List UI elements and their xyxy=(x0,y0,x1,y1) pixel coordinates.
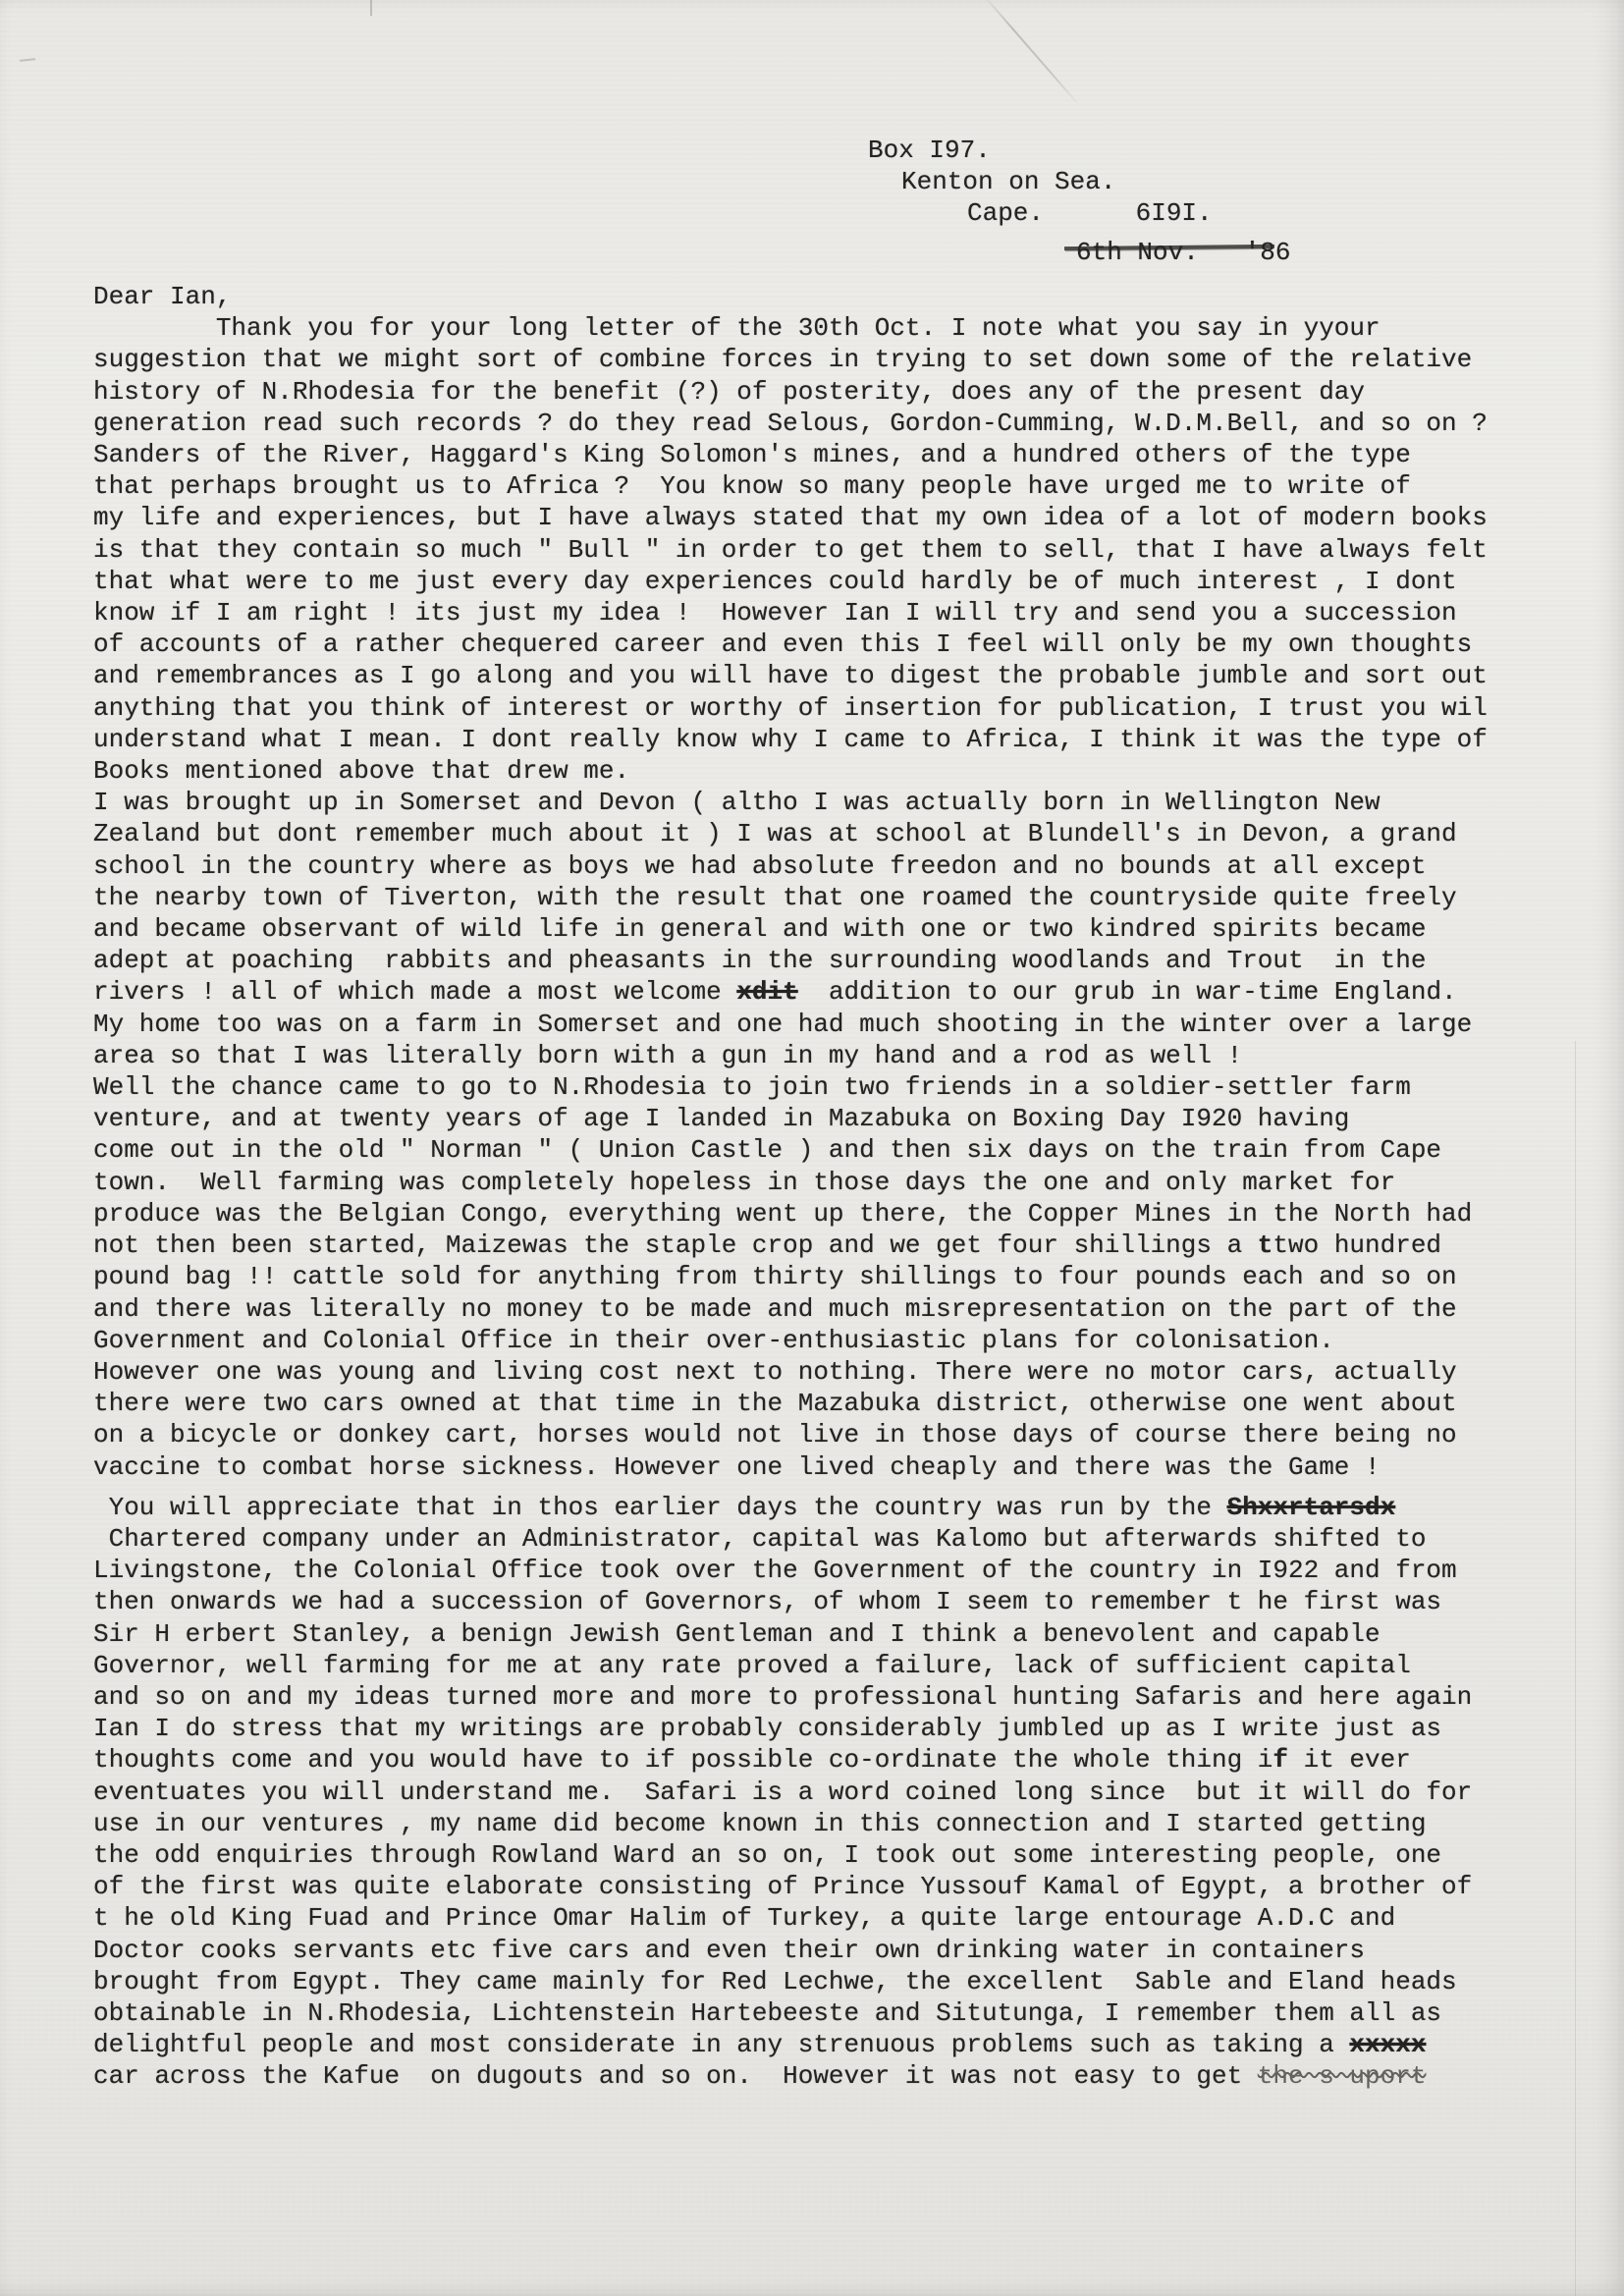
letter-line: car across the Kafue on dugouts and so o… xyxy=(93,2060,1488,2092)
letter-line: Sir H erbert Stanley, a benign Jewish Ge… xyxy=(93,1618,1488,1650)
letter-line: town. Well farming was completely hopele… xyxy=(93,1167,1488,1198)
letter-line: there were two cars owned at that time i… xyxy=(93,1388,1488,1419)
letter-line: is that they contain so much " Bull " in… xyxy=(93,534,1488,566)
letter-line: and so on and my ideas turned more and m… xyxy=(93,1681,1488,1713)
letter-line: on a bicycle or donkey cart, horses woul… xyxy=(93,1419,1488,1450)
letter-line: of accounts of a rather chequered career… xyxy=(93,629,1488,660)
letter-line: school in the country where as boys we h… xyxy=(93,850,1488,882)
letter-line: obtainable in N.Rhodesia, Lichtenstein H… xyxy=(93,1997,1488,2029)
letter-line: eventuates you will understand me. Safar… xyxy=(93,1777,1488,1808)
letter-line: brought from Egypt. They came mainly for… xyxy=(93,1966,1488,1997)
letter-line: my life and experiences, but I have alwa… xyxy=(93,502,1488,533)
letter-line: I was brought up in Somerset and Devon (… xyxy=(93,787,1488,818)
letter-line: Government and Colonial Office in their … xyxy=(93,1325,1488,1356)
letter-line: My home too was on a farm in Somerset an… xyxy=(93,1009,1488,1040)
letter-line: and became observant of wild life in gen… xyxy=(93,913,1488,945)
sender-town: Kenton on Sea. xyxy=(901,167,1115,196)
scanned-letter-page: Box I97. Kenton on Sea. Cape. 6I9I. 6th … xyxy=(0,0,1624,2296)
letter-line: suggestion that we might sort of combine… xyxy=(93,344,1488,375)
letter-line: understand what I mean. I dont really kn… xyxy=(93,724,1488,755)
paragraph: Dear Ian, Thank you for your long letter… xyxy=(93,281,1488,1483)
letter-line: the odd enquiries through Rowland Ward a… xyxy=(93,1839,1488,1871)
letter-line: venture, and at twenty years of age I la… xyxy=(93,1103,1488,1134)
letter-line: However one was young and living cost ne… xyxy=(93,1356,1488,1388)
letter-line: Ian I do stress that my writings are pro… xyxy=(93,1713,1488,1744)
paragraph: You will appreciate that in thos earlier… xyxy=(93,1492,1488,2093)
sender-province-postcode: Cape. 6I9I. xyxy=(967,198,1213,228)
letter-line: Well the chance came to go to N.Rhodesia… xyxy=(93,1071,1488,1103)
letter-line: that what were to me just every day expe… xyxy=(93,566,1488,597)
sender-box-number: Box I97. xyxy=(868,136,991,165)
letter-line: produce was the Belgian Congo, everythin… xyxy=(93,1198,1488,1230)
letter-line: anything that you think of interest or w… xyxy=(93,692,1488,724)
letter-line: Zealand but dont remember much about it … xyxy=(93,818,1488,849)
letter-line: use in our ventures , my name did become… xyxy=(93,1808,1488,1839)
letter-line: and remembrances as I go along and you w… xyxy=(93,660,1488,691)
letter-line: rivers ! all of which made a most welcom… xyxy=(93,976,1488,1008)
letter-line: generation read such records ? do they r… xyxy=(93,408,1488,439)
letter-line: not then been started, Maizewas the stap… xyxy=(93,1230,1488,1261)
letter-line: that perhaps brought us to Africa ? You … xyxy=(93,470,1488,502)
letter-line: adept at poaching rabbits and pheasants … xyxy=(93,945,1488,976)
letter-line: vaccine to combat horse sickness. Howeve… xyxy=(93,1451,1488,1483)
letter-line: Doctor cooks servants etc five cars and … xyxy=(93,1935,1488,1966)
letter-line: Dear Ian, xyxy=(93,281,1488,312)
letter-line: Livingstone, the Colonial Office took ov… xyxy=(93,1555,1488,1586)
letter-line: You will appreciate that in thos earlier… xyxy=(93,1492,1488,1523)
letter-line: area so that I was literally born with a… xyxy=(93,1040,1488,1071)
letter-line: come out in the old " Norman " ( Union C… xyxy=(93,1134,1488,1166)
letter-date: 6th Nov. '86 xyxy=(1076,238,1290,267)
letter-line: history of N.Rhodesia for the benefit (?… xyxy=(93,376,1488,408)
letter-line: delightful people and most considerate i… xyxy=(93,2029,1488,2060)
letter-line: Sanders of the River, Haggard's King Sol… xyxy=(93,439,1488,470)
letter-line: of the first was quite elaborate consist… xyxy=(93,1871,1488,1902)
letter-line: then onwards we had a succession of Gove… xyxy=(93,1586,1488,1617)
letter-line: thoughts come and you would have to if p… xyxy=(93,1744,1488,1776)
letter-line: Thank you for your long letter of the 30… xyxy=(93,312,1488,344)
letter-line: t he old King Fuad and Prince Omar Halim… xyxy=(93,1902,1488,1934)
letter-line: Books mentioned above that drew me. xyxy=(93,755,1488,787)
letter-line: know if I am right ! its just my idea ! … xyxy=(93,597,1488,629)
letter-content: Box I97. Kenton on Sea. Cape. 6I9I. 6th … xyxy=(0,0,1624,2296)
letter-line: pound bag !! cattle sold for anything fr… xyxy=(93,1261,1488,1292)
letter-line: and there was literally no money to be m… xyxy=(93,1293,1488,1325)
letter-line: the nearby town of Tiverton, with the re… xyxy=(93,882,1488,913)
letter-body: Dear Ian, Thank you for your long letter… xyxy=(93,281,1488,2093)
letter-line: Governor, well farming for me at any rat… xyxy=(93,1650,1488,1681)
letter-line: Chartered company under an Administrator… xyxy=(93,1523,1488,1555)
